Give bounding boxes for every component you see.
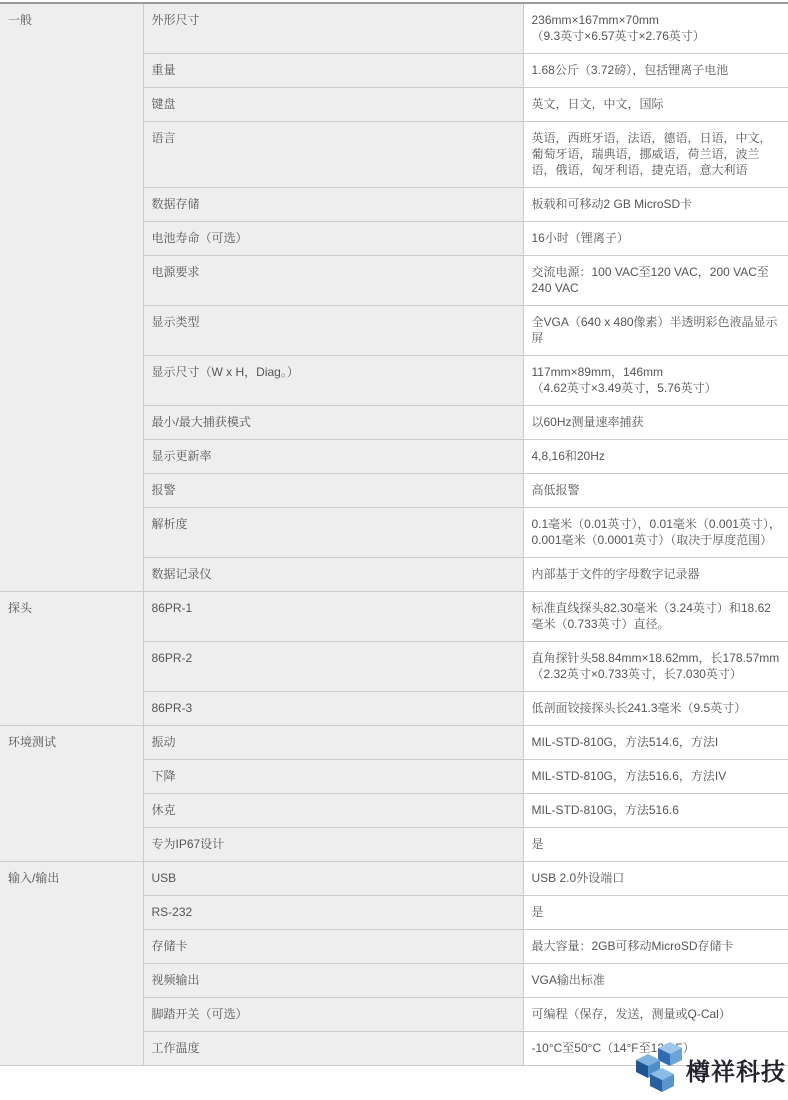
spec-label-cell: 数据存储 [143, 188, 523, 222]
spec-label-cell: 电池寿命（可选） [143, 222, 523, 256]
spec-label-cell: 下降 [143, 760, 523, 794]
spec-value-cell: -10°C至50°C（14°F至122°F） [523, 1032, 788, 1066]
spec-label-cell: 86PR-1 [143, 592, 523, 642]
spec-table-body: 一般外形尺寸236mm×167mm×70mm （9.3英寸×6.57英寸×2.7… [0, 3, 788, 1066]
spec-category-cell: 环境测试 [0, 726, 143, 862]
spec-label-cell: 解析度 [143, 508, 523, 558]
spec-category-cell: 探头 [0, 592, 143, 726]
spec-table: 一般外形尺寸236mm×167mm×70mm （9.3英寸×6.57英寸×2.7… [0, 2, 788, 1066]
spec-label-cell: 86PR-2 [143, 642, 523, 692]
spec-value-cell: 1.68公斤（3.72磅），包括锂离子电池 [523, 54, 788, 88]
spec-row: 输入/输出USBUSB 2.0外设端口 [0, 862, 788, 896]
spec-value-cell: 16小时（锂离子） [523, 222, 788, 256]
spec-label-cell: 视频输出 [143, 964, 523, 998]
spec-row: 一般外形尺寸236mm×167mm×70mm （9.3英寸×6.57英寸×2.7… [0, 3, 788, 54]
spec-row: 探头86PR-1标准直线探头82.30毫米（3.24英寸）和18.62毫米（0.… [0, 592, 788, 642]
spec-label-cell: 语言 [143, 122, 523, 188]
spec-value-cell: 板载和可移动2 GB MicroSD卡 [523, 188, 788, 222]
spec-value-cell: 是 [523, 828, 788, 862]
spec-value-cell: USB 2.0外设端口 [523, 862, 788, 896]
spec-value-cell: 交流电源：100 VAC至120 VAC，200 VAC至240 VAC [523, 256, 788, 306]
spec-label-cell: 数据记录仪 [143, 558, 523, 592]
spec-value-cell: 高低报警 [523, 474, 788, 508]
spec-value-cell: 4,8,16和20Hz [523, 440, 788, 474]
spec-value-cell: MIL-STD-810G，方法516.6，方法IV [523, 760, 788, 794]
spec-row: 环境测试振动MIL-STD-810G，方法514.6，方法I [0, 726, 788, 760]
spec-value-cell: MIL-STD-810G，方法514.6，方法I [523, 726, 788, 760]
spec-label-cell: 键盘 [143, 88, 523, 122]
spec-label-cell: 电源要求 [143, 256, 523, 306]
spec-value-cell: 标准直线探头82.30毫米（3.24英寸）和18.62毫米（0.733英寸）直径… [523, 592, 788, 642]
spec-label-cell: 振动 [143, 726, 523, 760]
spec-category-cell: 输入/输出 [0, 862, 143, 1066]
spec-label-cell: USB [143, 862, 523, 896]
spec-label-cell: 显示类型 [143, 306, 523, 356]
spec-page: 一般外形尺寸236mm×167mm×70mm （9.3英寸×6.57英寸×2.7… [0, 2, 788, 1100]
spec-value-cell: 英语，西班牙语，法语，德语，日语，中文，葡萄牙语，瑞典语，挪威语，荷兰语，波兰语… [523, 122, 788, 188]
spec-label-cell: 显示尺寸（W x H，Diag。） [143, 356, 523, 406]
spec-label-cell: 最小/最大捕获模式 [143, 406, 523, 440]
spec-value-cell: 可编程（保存，发送，测量或Q-Cal） [523, 998, 788, 1032]
spec-label-cell: 报警 [143, 474, 523, 508]
spec-value-cell: 117mm×89mm，146mm （4.62英寸×3.49英寸，5.76英寸） [523, 356, 788, 406]
spec-value-cell: 是 [523, 896, 788, 930]
spec-label-cell: RS-232 [143, 896, 523, 930]
spec-value-cell: 以60Hz测量速率捕获 [523, 406, 788, 440]
spec-label-cell: 外形尺寸 [143, 3, 523, 54]
spec-value-cell: MIL-STD-810G，方法516.6 [523, 794, 788, 828]
spec-label-cell: 显示更新率 [143, 440, 523, 474]
spec-label-cell: 休克 [143, 794, 523, 828]
spec-label-cell: 脚踏开关（可选） [143, 998, 523, 1032]
spec-value-cell: 英文，日文，中文，国际 [523, 88, 788, 122]
spec-label-cell: 存储卡 [143, 930, 523, 964]
spec-value-cell: 最大容量：2GB可移动MicroSD存储卡 [523, 930, 788, 964]
spec-label-cell: 工作温度 [143, 1032, 523, 1066]
spec-category-cell: 一般 [0, 3, 143, 592]
spec-value-cell: 0.1毫米（0.01英寸），0.01毫米（0.001英寸），0.001毫米（0.… [523, 508, 788, 558]
spec-value-cell: VGA输出标准 [523, 964, 788, 998]
spec-value-cell: 内部基于文件的字母数字记录器 [523, 558, 788, 592]
spec-value-cell: 236mm×167mm×70mm （9.3英寸×6.57英寸×2.76英寸） [523, 3, 788, 54]
spec-value-cell: 低剖面铰接探头长241.3毫米（9.5英寸） [523, 692, 788, 726]
spec-label-cell: 专为IP67设计 [143, 828, 523, 862]
spec-value-cell: 直角探针头58.84mm×18.62mm，长178.57mm（2.32英寸×0.… [523, 642, 788, 692]
spec-label-cell: 重量 [143, 54, 523, 88]
spec-label-cell: 86PR-3 [143, 692, 523, 726]
spec-value-cell: 全VGA（640 x 480像素）半透明彩色液晶显示屏 [523, 306, 788, 356]
